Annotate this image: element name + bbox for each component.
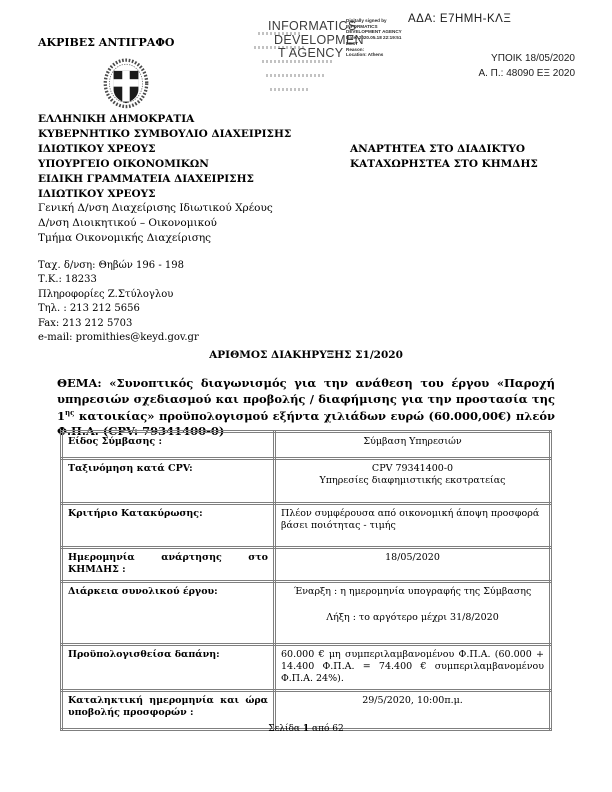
header-line: ΕΛΛΗΝΙΚΗ ΔΗΜΟΚΡΑΤΙΑ (38, 112, 291, 127)
header-line: Τμήμα Οικονομικής Διαχείρισης (38, 231, 291, 246)
row-value-line: Υπηρεσίες διαφημιστικής εκστρατείας (281, 475, 544, 487)
page-footer: Σελίδα 1 από 62 (0, 724, 612, 734)
contact-block: Ταχ. δ/νση: Θηβών 196 - 198 Τ.Κ.: 18233 … (38, 259, 199, 345)
table-row: Ταξινόμηση κατά CPV: CPV 79341400-0 Υπηρ… (62, 459, 551, 504)
table-row: Διάρκεια συνολικού έργου: Έναρξη : η ημε… (62, 581, 551, 644)
row-label: Προϋπολογισθείσα δαπάνη: (62, 644, 275, 690)
table-row: Προϋπολογισθείσα δαπάνη: 60.000 € μη συμ… (62, 644, 551, 690)
header-line: ΙΔΙΩΤΙΚΟΥ ΧΡΕΟΥΣ (38, 142, 291, 157)
row-value-line: Λήξη : το αργότερο μέχρι 31/8/2020 (281, 612, 544, 624)
stamp-illegible-text (266, 74, 326, 77)
fax-number: Fax: 213 212 5703 (38, 317, 199, 331)
stamp-illegible-text (270, 88, 310, 91)
phone-number: Τηλ. : 213 212 5656 (38, 302, 199, 316)
stamp-signature-details: Digitally signed by INFORMATICS DEVELOPM… (346, 18, 416, 58)
footer-text: Σελίδα (268, 724, 303, 734)
header-line: Δ/νση Διοικητικού – Οικονομικού (38, 216, 291, 231)
table-row: Είδος Σύμβασης : Σύμβαση Υπηρεσιών (62, 432, 551, 459)
reference-block: ΥΠΟΙΚ 18/05/2020 Α. Π.: 48090 ΕΞ 2020 (478, 52, 575, 81)
row-label: Ημερομηνία ανάρτησης στο ΚΗΜΔΗΣ : (62, 548, 275, 582)
spacer (281, 598, 544, 612)
ada-code: ΑΔΑ: Ε7ΗΜΗ-ΚΛΞ (408, 13, 511, 25)
posting-note: ΚΑΤΑΧΩΡΗΣΤΕΑ ΣΤΟ ΚΗΜΔΗΣ (350, 157, 538, 172)
contact-person: Πληροφορίες Ζ.Στύλογλου (38, 288, 199, 302)
stamp-signature-line: Location: Athens (346, 52, 416, 58)
row-label: Κριτήριο Κατακύρωσης: (62, 504, 275, 548)
postal-code: Τ.Κ.: 18233 (38, 273, 199, 287)
table-row: Ημερομηνία ανάρτησης στο ΚΗΜΔΗΣ : 18/05/… (62, 548, 551, 582)
agency-header: ΕΛΛΗΝΙΚΗ ΔΗΜΟΚΡΑΤΙΑ ΚΥΒΕΡΝΗΤΙΚΟ ΣΥΜΒΟΥΛΙ… (38, 112, 291, 246)
contract-summary-table: Είδος Σύμβασης : Σύμβαση Υπηρεσιών Ταξιν… (60, 430, 552, 731)
greek-national-emblem-icon (101, 56, 151, 114)
posting-notes: ΑΝΑΡΤΗΤΕΑ ΣΤΟ ΔΙΑΔΙΚΤΥΟ ΚΑΤΑΧΩΡΗΣΤΕΑ ΣΤΟ… (350, 142, 538, 172)
table-row: Κριτήριο Κατακύρωσης: Πλέον συμφέρουσα α… (62, 504, 551, 548)
digital-signature-stamp: INFORMATICS DEVELOPMEN T AGENCY Digitall… (258, 18, 418, 102)
ministry-date: ΥΠΟΙΚ 18/05/2020 (478, 52, 575, 67)
ordinal-superscript: ης (65, 408, 74, 417)
postal-address: Ταχ. δ/νση: Θηβών 196 - 198 (38, 259, 199, 273)
protocol-number: Α. Π.: 48090 ΕΞ 2020 (478, 67, 575, 82)
row-label: Είδος Σύμβασης : (62, 432, 275, 459)
row-value: Πλέον συμφέρουσα από οικονομική άποψη πρ… (275, 504, 551, 548)
header-line: ΙΔΙΩΤΙΚΟΥ ΧΡΕΟΥΣ (38, 187, 291, 202)
header-line: ΕΙΔΙΚΗ ΓΡΑΜΜΑΤΕΙΑ ΔΙΑΧΕΙΡΙΣΗΣ (38, 172, 291, 187)
document-page: ΑΔΑ: Ε7ΗΜΗ-ΚΛΞ ΑΚΡΙΒΕΣ ΑΝΤΙΓΡΑΦΟ INFORMA… (0, 0, 612, 792)
header-line: Γενική Δ/νση Διαχείρισης Ιδιωτικού Χρέου… (38, 201, 291, 216)
document-title: ΑΡΙΘΜΟΣ ΔΙΑΚΗΡΥΞΗΣ Σ1/2020 (0, 349, 612, 361)
row-label: Ταξινόμηση κατά CPV: (62, 459, 275, 504)
row-value: 60.000 € μη συμπεριλαμβανομένου Φ.Π.Α. (… (275, 644, 551, 690)
row-value: 18/05/2020 (275, 548, 551, 582)
header-line: ΚΥΒΕΡΝΗΤΙΚΟ ΣΥΜΒΟΥΛΙΟ ΔΙΑΧΕΙΡΙΣΗΣ (38, 127, 291, 142)
certified-copy-label: ΑΚΡΙΒΕΣ ΑΝΤΙΓΡΑΦΟ (38, 36, 175, 49)
header-line: ΥΠΟΥΡΓΕΙΟ ΟΙΚΟΝΟΜΙΚΩΝ (38, 157, 291, 172)
posting-note: ΑΝΑΡΤΗΤΕΑ ΣΤΟ ΔΙΑΔΙΚΤΥΟ (350, 142, 538, 157)
row-value: Έναρξη : η ημερομηνία υπογραφής της Σύμβ… (275, 581, 551, 644)
email-address: e-mail: promithies@keyd.gov.gr (38, 331, 199, 345)
row-value: Σύμβαση Υπηρεσιών (275, 432, 551, 459)
row-value-line: Έναρξη : η ημερομηνία υπογραφής της Σύμβ… (281, 586, 544, 598)
footer-text: από 62 (309, 724, 344, 734)
row-value-line: CPV 79341400-0 (281, 463, 544, 475)
row-value: CPV 79341400-0 Υπηρεσίες διαφημιστικής ε… (275, 459, 551, 504)
row-label: Διάρκεια συνολικού έργου: (62, 581, 275, 644)
